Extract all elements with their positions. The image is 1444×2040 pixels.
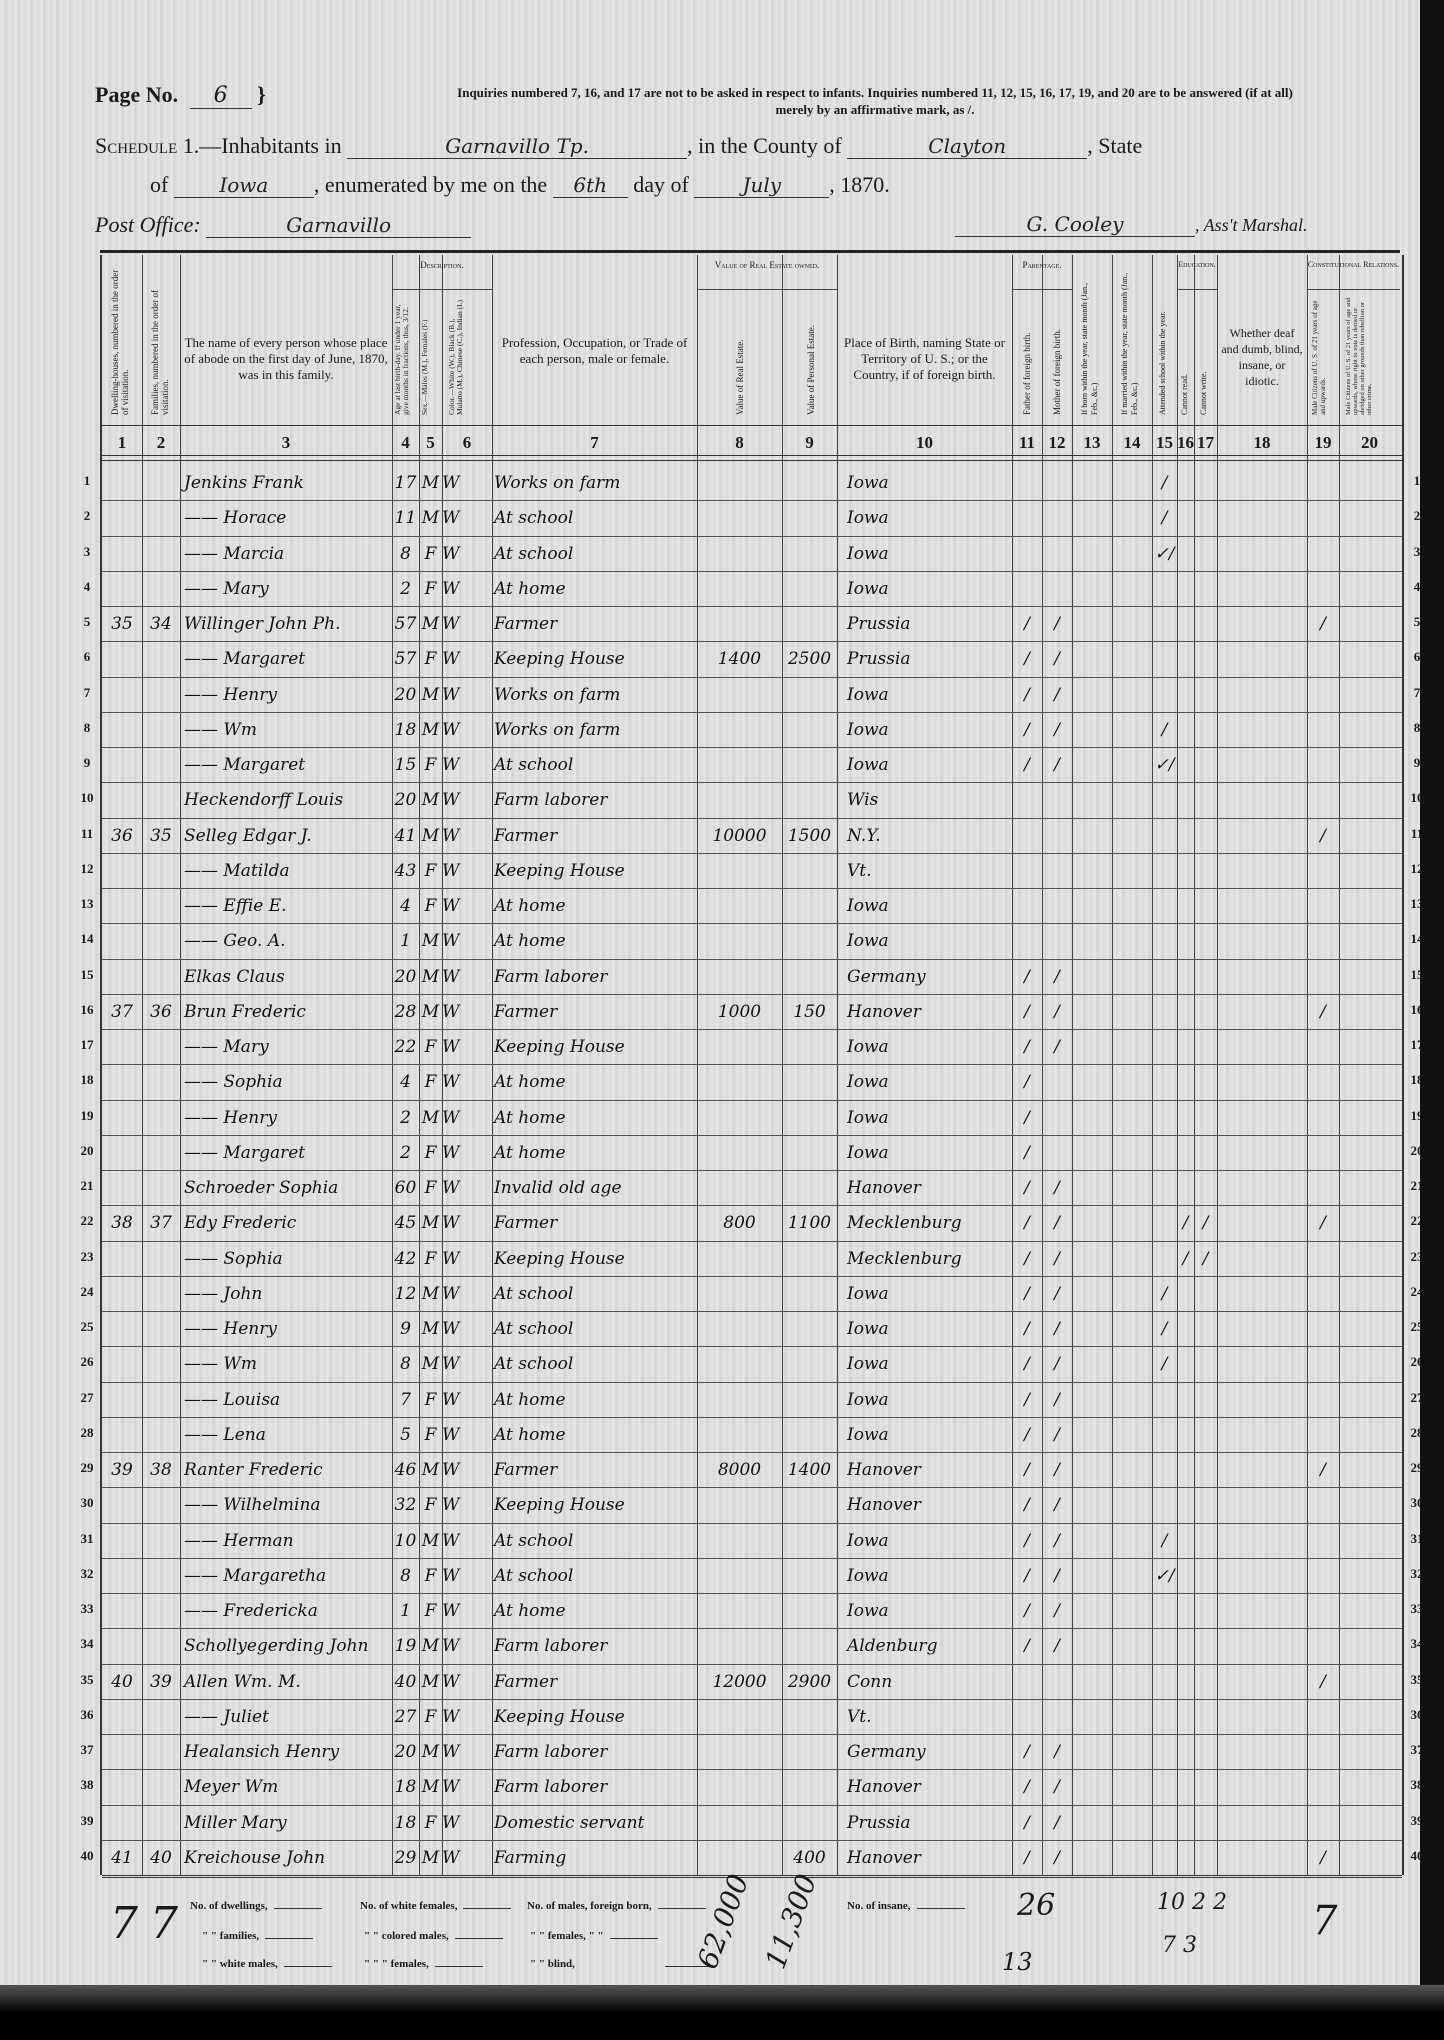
cell-father-foreign: / bbox=[1012, 716, 1042, 744]
cell-personal-estate bbox=[782, 1139, 837, 1167]
marshal-label: , Ass't Marshal. bbox=[1195, 215, 1308, 235]
cell-infirmity bbox=[1217, 1773, 1307, 1801]
cell-color: W bbox=[442, 1562, 492, 1590]
cell-married-month bbox=[1112, 681, 1152, 709]
header-education-group: Education. bbox=[1177, 259, 1217, 290]
cell-color: W bbox=[442, 1174, 492, 1202]
cell-born-month bbox=[1072, 1562, 1112, 1590]
header-birthplace: Place of Birth, naming State or Territor… bbox=[837, 255, 1012, 425]
cell-real-estate bbox=[697, 786, 782, 814]
cell-name: Heckendorff Louis bbox=[184, 786, 424, 814]
cell-name: Meyer Wm bbox=[184, 1773, 424, 1801]
cell-birthplace: Iowa bbox=[847, 540, 1012, 568]
cell-mother-foreign bbox=[1042, 1104, 1072, 1132]
cell-personal-estate bbox=[782, 504, 837, 532]
cell-citizen bbox=[1307, 1703, 1339, 1731]
cell-mother-foreign: / bbox=[1042, 1315, 1072, 1343]
cell-occupation: At home bbox=[494, 1597, 714, 1625]
cell-family bbox=[142, 1280, 180, 1308]
cell-dwelling bbox=[102, 857, 142, 885]
cell-citizen bbox=[1307, 1386, 1339, 1414]
cell-personal-estate bbox=[782, 1421, 837, 1449]
cell-born-month bbox=[1072, 540, 1112, 568]
cell-real-estate bbox=[697, 1104, 782, 1132]
cell-age: 20 bbox=[392, 963, 419, 991]
cell-cannot-write bbox=[1194, 1139, 1217, 1167]
cell-personal-estate: 400 bbox=[782, 1844, 837, 1872]
cell-denied bbox=[1339, 857, 1400, 885]
cell-name: Elkas Claus bbox=[184, 963, 424, 991]
cell-married-month bbox=[1112, 1245, 1152, 1273]
cell-cannot-read bbox=[1177, 1597, 1194, 1625]
cell-family bbox=[142, 1104, 180, 1132]
cell-mother-foreign: / bbox=[1042, 1632, 1072, 1660]
cell-born-month bbox=[1072, 751, 1112, 779]
cell-denied bbox=[1339, 540, 1400, 568]
cell-sex: F bbox=[419, 751, 442, 779]
cell-occupation: Keeping House bbox=[494, 645, 714, 673]
cell-denied bbox=[1339, 751, 1400, 779]
cell-cannot-read bbox=[1177, 1386, 1194, 1414]
cell-cannot-read bbox=[1177, 1491, 1194, 1519]
cell-citizen bbox=[1307, 540, 1339, 568]
cell-denied bbox=[1339, 1809, 1400, 1837]
cell-dwelling bbox=[102, 1703, 142, 1731]
cell-color: W bbox=[442, 681, 492, 709]
cell-citizen bbox=[1307, 716, 1339, 744]
cell-sex: M bbox=[419, 1844, 442, 1872]
cell-sex: F bbox=[419, 1386, 442, 1414]
cell-color: W bbox=[442, 963, 492, 991]
cell-age: 20 bbox=[392, 1738, 419, 1766]
cell-occupation: Farmer bbox=[494, 610, 714, 638]
cell-occupation: Keeping House bbox=[494, 1245, 714, 1273]
cell-age: 8 bbox=[392, 1562, 419, 1590]
families-total: 7 bbox=[150, 1898, 178, 1949]
cell-dwelling bbox=[102, 1421, 142, 1449]
cell-infirmity bbox=[1217, 681, 1307, 709]
cell-color: W bbox=[442, 1844, 492, 1872]
cell-birthplace: Iowa bbox=[847, 1350, 1012, 1378]
cell-cannot-read bbox=[1177, 1068, 1194, 1096]
cell-name: Allen Wm. M. bbox=[184, 1668, 424, 1696]
cell-father-foreign: / bbox=[1012, 1421, 1042, 1449]
page-number-label: Page No. 6 } bbox=[95, 82, 266, 109]
cell-school bbox=[1152, 998, 1177, 1026]
cell-born-month bbox=[1072, 892, 1112, 920]
cell-sex: F bbox=[419, 1703, 442, 1731]
cell-denied bbox=[1339, 1033, 1400, 1061]
cell-age: 5 bbox=[392, 1421, 419, 1449]
cell-infirmity bbox=[1217, 822, 1307, 850]
cell-father-foreign: / bbox=[1012, 1562, 1042, 1590]
cell-color: W bbox=[442, 1139, 492, 1167]
cell-sex: M bbox=[419, 716, 442, 744]
cell-citizen bbox=[1307, 786, 1339, 814]
cell-born-month bbox=[1072, 1245, 1112, 1273]
cell-family: 35 bbox=[142, 822, 180, 850]
cell-personal-estate bbox=[782, 1773, 837, 1801]
table-row: —— Wm18MWWorks on farmIowa/// bbox=[102, 712, 1402, 748]
cell-birthplace: Prussia bbox=[847, 610, 1012, 638]
cell-father-foreign: / bbox=[1012, 1597, 1042, 1625]
cell-cannot-read bbox=[1177, 1527, 1194, 1555]
cell-married-month bbox=[1112, 1386, 1152, 1414]
cell-mother-foreign: / bbox=[1042, 963, 1072, 991]
header-color: Color.—White (W.), Black (B.), Mulatto (… bbox=[442, 293, 492, 425]
cell-infirmity bbox=[1217, 1844, 1307, 1872]
cell-citizen: / bbox=[1307, 610, 1339, 638]
cell-school bbox=[1152, 857, 1177, 885]
cell-family bbox=[142, 1491, 180, 1519]
cell-denied bbox=[1339, 716, 1400, 744]
cell-birthplace: Iowa bbox=[847, 1104, 1012, 1132]
cell-denied bbox=[1339, 1703, 1400, 1731]
cell-name: Jenkins Frank bbox=[184, 469, 424, 497]
cell-name: —— Wm bbox=[184, 716, 424, 744]
cell-born-month bbox=[1072, 1668, 1112, 1696]
cell-personal-estate bbox=[782, 1033, 837, 1061]
cell-denied bbox=[1339, 1632, 1400, 1660]
cell-birthplace: Vt. bbox=[847, 1703, 1012, 1731]
cell-color: W bbox=[442, 1809, 492, 1837]
label-white-females: No. of white females, bbox=[360, 1900, 511, 1912]
cell-personal-estate bbox=[782, 786, 837, 814]
cell-married-month bbox=[1112, 575, 1152, 603]
cell-personal-estate bbox=[782, 1597, 837, 1625]
cell-citizen bbox=[1307, 504, 1339, 532]
cell-dwelling bbox=[102, 504, 142, 532]
cell-cannot-write bbox=[1194, 575, 1217, 603]
cell-born-month bbox=[1072, 469, 1112, 497]
cell-married-month bbox=[1112, 1844, 1152, 1872]
cell-real-estate bbox=[697, 716, 782, 744]
cell-age: 1 bbox=[392, 927, 419, 955]
cell-cannot-read bbox=[1177, 716, 1194, 744]
table-row: —— Fredericka1FWAt homeIowa// bbox=[102, 1593, 1402, 1629]
cell-married-month bbox=[1112, 645, 1152, 673]
enumerated-text: , enumerated by me on the bbox=[314, 172, 547, 197]
cell-name: Healansich Henry bbox=[184, 1738, 424, 1766]
line-number: 31 bbox=[72, 1531, 102, 1547]
cell-cannot-write bbox=[1194, 998, 1217, 1026]
cell-cannot-read bbox=[1177, 963, 1194, 991]
cell-family bbox=[142, 575, 180, 603]
cell-sex: F bbox=[419, 645, 442, 673]
header-birthplace-text: Place of Birth, naming State or Territor… bbox=[841, 335, 1008, 383]
cell-family bbox=[142, 751, 180, 779]
cell-married-month bbox=[1112, 1350, 1152, 1378]
cell-school bbox=[1152, 822, 1177, 850]
cell-personal-estate bbox=[782, 469, 837, 497]
cell-cannot-write bbox=[1194, 786, 1217, 814]
cell-cannot-write bbox=[1194, 1456, 1217, 1484]
cell-personal-estate bbox=[782, 716, 837, 744]
cell-school bbox=[1152, 1668, 1177, 1696]
cell-age: 2 bbox=[392, 575, 419, 603]
cell-color: W bbox=[442, 1104, 492, 1132]
cell-mother-foreign: / bbox=[1042, 1456, 1072, 1484]
cell-cannot-write bbox=[1194, 1562, 1217, 1590]
cell-occupation: Farm laborer bbox=[494, 1773, 714, 1801]
cell-denied bbox=[1339, 504, 1400, 532]
cell-occupation: Farm laborer bbox=[494, 963, 714, 991]
cell-sex: M bbox=[419, 1350, 442, 1378]
cell-father-foreign: / bbox=[1012, 1315, 1042, 1343]
line-number: 1 bbox=[72, 473, 102, 489]
label-white-males-text: " " white males, bbox=[202, 1958, 278, 1970]
cell-name: Edy Frederic bbox=[184, 1209, 424, 1237]
cell-citizen bbox=[1307, 1280, 1339, 1308]
cell-cannot-read bbox=[1177, 927, 1194, 955]
label-families: " " families, bbox=[202, 1930, 313, 1942]
cell-infirmity bbox=[1217, 1386, 1307, 1414]
cell-name: Schollyegerding John bbox=[184, 1632, 424, 1660]
table-row: 3837Edy Frederic45MWFarmer8001100Mecklen… bbox=[102, 1205, 1402, 1241]
cell-denied bbox=[1339, 963, 1400, 991]
cell-family bbox=[142, 716, 180, 744]
cell-school bbox=[1152, 1491, 1177, 1519]
column-number: 9 bbox=[782, 433, 837, 455]
cell-color: W bbox=[442, 1033, 492, 1061]
cell-married-month bbox=[1112, 1033, 1152, 1061]
cell-age: 45 bbox=[392, 1209, 419, 1237]
cell-born-month bbox=[1072, 1844, 1112, 1872]
cell-mother-foreign bbox=[1042, 822, 1072, 850]
cell-mother-foreign: / bbox=[1042, 1809, 1072, 1837]
cell-birthplace: N.Y. bbox=[847, 822, 1012, 850]
cell-sex: F bbox=[419, 1562, 442, 1590]
cell-cannot-write bbox=[1194, 540, 1217, 568]
cell-family: 36 bbox=[142, 998, 180, 1026]
cell-real-estate bbox=[697, 575, 782, 603]
header-real-estate-text: Value of Real Estate. bbox=[735, 340, 745, 415]
cell-mother-foreign: / bbox=[1042, 1527, 1072, 1555]
cell-cannot-read bbox=[1177, 469, 1194, 497]
cell-father-foreign: / bbox=[1012, 1773, 1042, 1801]
cell-birthplace: Vt. bbox=[847, 857, 1012, 885]
cell-married-month bbox=[1112, 1174, 1152, 1202]
cell-occupation: At home bbox=[494, 892, 714, 920]
table-row: —— Wilhelmina32FWKeeping HouseHanover// bbox=[102, 1487, 1402, 1523]
cell-family bbox=[142, 1068, 180, 1096]
cell-real-estate bbox=[697, 1315, 782, 1343]
cell-name: —— Henry bbox=[184, 1104, 424, 1132]
cell-birthplace: Iowa bbox=[847, 1068, 1012, 1096]
cell-cannot-write bbox=[1194, 1104, 1217, 1132]
cell-cannot-write bbox=[1194, 822, 1217, 850]
cell-denied bbox=[1339, 1456, 1400, 1484]
cell-cannot-write bbox=[1194, 1174, 1217, 1202]
education-tally-below: 7 3 bbox=[1162, 1933, 1197, 1958]
cell-cannot-write bbox=[1194, 1421, 1217, 1449]
cell-married-month bbox=[1112, 504, 1152, 532]
cell-infirmity bbox=[1217, 1527, 1307, 1555]
cell-age: 42 bbox=[392, 1245, 419, 1273]
table-row: 4039Allen Wm. M.40MWFarmer120002900Conn/ bbox=[102, 1664, 1402, 1700]
table-row: —— Sophia42FWKeeping HouseMecklenburg///… bbox=[102, 1241, 1402, 1277]
header-occupation: Profession, Occupation, or Trade of each… bbox=[492, 255, 697, 425]
cell-denied bbox=[1339, 822, 1400, 850]
cell-mother-foreign: / bbox=[1042, 716, 1072, 744]
cell-father-foreign bbox=[1012, 540, 1042, 568]
cell-family: 39 bbox=[142, 1668, 180, 1696]
cell-dwelling bbox=[102, 1104, 142, 1132]
cell-father-foreign: / bbox=[1012, 1844, 1042, 1872]
cell-married-month bbox=[1112, 786, 1152, 814]
cell-name: —— Henry bbox=[184, 1315, 424, 1343]
cell-birthplace: Hanover bbox=[847, 1174, 1012, 1202]
cell-birthplace: Mecklenburg bbox=[847, 1245, 1012, 1273]
cell-father-foreign: / bbox=[1012, 1068, 1042, 1096]
line-number: 18 bbox=[72, 1072, 102, 1088]
cell-cannot-write bbox=[1194, 927, 1217, 955]
cell-dwelling: 36 bbox=[102, 822, 142, 850]
line-number: 27 bbox=[72, 1390, 102, 1406]
cell-age: 1 bbox=[392, 1597, 419, 1625]
page-label: Page No. bbox=[95, 82, 178, 107]
cell-born-month bbox=[1072, 1280, 1112, 1308]
cell-born-month bbox=[1072, 1386, 1112, 1414]
cell-family bbox=[142, 1773, 180, 1801]
line-number: 5 bbox=[72, 614, 102, 630]
cell-age: 57 bbox=[392, 645, 419, 673]
cell-age: 29 bbox=[392, 1844, 419, 1872]
cell-citizen bbox=[1307, 1738, 1339, 1766]
cell-married-month bbox=[1112, 1668, 1152, 1696]
cell-sex: M bbox=[419, 1456, 442, 1484]
cell-occupation: Invalid old age bbox=[494, 1174, 714, 1202]
cell-born-month bbox=[1072, 1527, 1112, 1555]
line-number: 6 bbox=[72, 649, 102, 665]
cell-infirmity bbox=[1217, 1209, 1307, 1237]
cell-infirmity bbox=[1217, 540, 1307, 568]
table-row: —— Henry20MWWorks on farmIowa// bbox=[102, 677, 1402, 713]
column-number: 8 bbox=[697, 433, 782, 455]
cell-family bbox=[142, 927, 180, 955]
table-row: Schroeder Sophia60FWInvalid old ageHanov… bbox=[102, 1170, 1402, 1206]
cell-mother-foreign bbox=[1042, 504, 1072, 532]
cell-occupation: Works on farm bbox=[494, 681, 714, 709]
note-line-2: merely by an affirmative mark, as /. bbox=[345, 101, 1405, 118]
cell-personal-estate bbox=[782, 1491, 837, 1519]
real-estate-total: 62,000 bbox=[691, 1870, 756, 1973]
line-number: 11 bbox=[72, 826, 102, 842]
cell-name: —— Margaretha bbox=[184, 1562, 424, 1590]
cell-birthplace: Iowa bbox=[847, 681, 1012, 709]
cell-age: 18 bbox=[392, 1773, 419, 1801]
table-row: —— Margaret2FWAt homeIowa/ bbox=[102, 1135, 1402, 1171]
header-color-text: Color.—White (W.), Black (B.), Mulatto (… bbox=[448, 295, 464, 415]
cell-infirmity bbox=[1217, 892, 1307, 920]
cell-cannot-read bbox=[1177, 1104, 1194, 1132]
cell-color: W bbox=[442, 645, 492, 673]
cell-cannot-write bbox=[1194, 1386, 1217, 1414]
line-number: 16 bbox=[72, 1002, 102, 1018]
cell-school: ✓/ bbox=[1152, 540, 1177, 568]
cell-name: —— Effie E. bbox=[184, 892, 424, 920]
cell-infirmity bbox=[1217, 857, 1307, 885]
cell-dwelling bbox=[102, 1632, 142, 1660]
cell-birthplace: Iowa bbox=[847, 469, 1012, 497]
cell-mother-foreign bbox=[1042, 1068, 1072, 1096]
cell-age: 46 bbox=[392, 1456, 419, 1484]
cell-age: 11 bbox=[392, 504, 419, 532]
cell-cannot-read bbox=[1177, 1350, 1194, 1378]
cell-real-estate bbox=[697, 1632, 782, 1660]
label-colored-females-text: " " " females, bbox=[364, 1958, 429, 1970]
cell-personal-estate bbox=[782, 540, 837, 568]
cell-real-estate bbox=[697, 751, 782, 779]
cell-name: —— Horace bbox=[184, 504, 424, 532]
cell-cannot-write bbox=[1194, 1597, 1217, 1625]
cell-occupation: Farm laborer bbox=[494, 1738, 714, 1766]
cell-mother-foreign bbox=[1042, 892, 1072, 920]
label-white-females-text: No. of white females, bbox=[360, 1900, 457, 1912]
cell-school: / bbox=[1152, 1280, 1177, 1308]
line-number: 33 bbox=[72, 1601, 102, 1617]
cell-occupation: At home bbox=[494, 1386, 714, 1414]
state-field: Iowa bbox=[174, 173, 314, 198]
cell-occupation: At home bbox=[494, 1421, 714, 1449]
cell-cannot-read bbox=[1177, 1280, 1194, 1308]
cell-born-month bbox=[1072, 1703, 1112, 1731]
cell-mother-foreign: / bbox=[1042, 1844, 1072, 1872]
cell-married-month bbox=[1112, 751, 1152, 779]
cell-father-foreign: / bbox=[1012, 1139, 1042, 1167]
cell-sex: M bbox=[419, 822, 442, 850]
cell-dwelling bbox=[102, 469, 142, 497]
cell-married-month bbox=[1112, 1632, 1152, 1660]
cell-color: W bbox=[442, 1527, 492, 1555]
cell-cannot-write bbox=[1194, 751, 1217, 779]
cell-infirmity bbox=[1217, 927, 1307, 955]
cell-family bbox=[142, 1738, 180, 1766]
cell-color: W bbox=[442, 1738, 492, 1766]
cell-born-month bbox=[1072, 1174, 1112, 1202]
cell-personal-estate bbox=[782, 1527, 837, 1555]
label-blind: " " blind, bbox=[530, 1958, 713, 1970]
cell-citizen bbox=[1307, 892, 1339, 920]
cell-real-estate bbox=[697, 469, 782, 497]
cell-father-foreign bbox=[1012, 504, 1042, 532]
cell-real-estate bbox=[697, 504, 782, 532]
cell-cannot-read bbox=[1177, 1738, 1194, 1766]
cell-cannot-read bbox=[1177, 1562, 1194, 1590]
line-number: 24 bbox=[72, 1284, 102, 1300]
cell-born-month bbox=[1072, 1033, 1112, 1061]
cell-school bbox=[1152, 1421, 1177, 1449]
header-age: Age at last birth-day. If under 1 year, … bbox=[392, 293, 419, 425]
cell-dwelling: 37 bbox=[102, 998, 142, 1026]
cell-school bbox=[1152, 1386, 1177, 1414]
cell-denied bbox=[1339, 1844, 1400, 1872]
cell-citizen bbox=[1307, 1139, 1339, 1167]
cell-color: W bbox=[442, 504, 492, 532]
cell-citizen bbox=[1307, 1527, 1339, 1555]
cell-infirmity bbox=[1217, 504, 1307, 532]
cell-age: 40 bbox=[392, 1668, 419, 1696]
cell-dwelling bbox=[102, 1245, 142, 1273]
cell-infirmity bbox=[1217, 998, 1307, 1026]
cell-name: —— Herman bbox=[184, 1527, 424, 1555]
cell-age: 20 bbox=[392, 681, 419, 709]
cell-denied bbox=[1339, 1068, 1400, 1096]
cell-dwelling bbox=[102, 1139, 142, 1167]
cell-occupation: Farmer bbox=[494, 1456, 714, 1484]
cell-sex: M bbox=[419, 1632, 442, 1660]
header-born-month: If born within the year, state month (Ja… bbox=[1072, 255, 1112, 425]
